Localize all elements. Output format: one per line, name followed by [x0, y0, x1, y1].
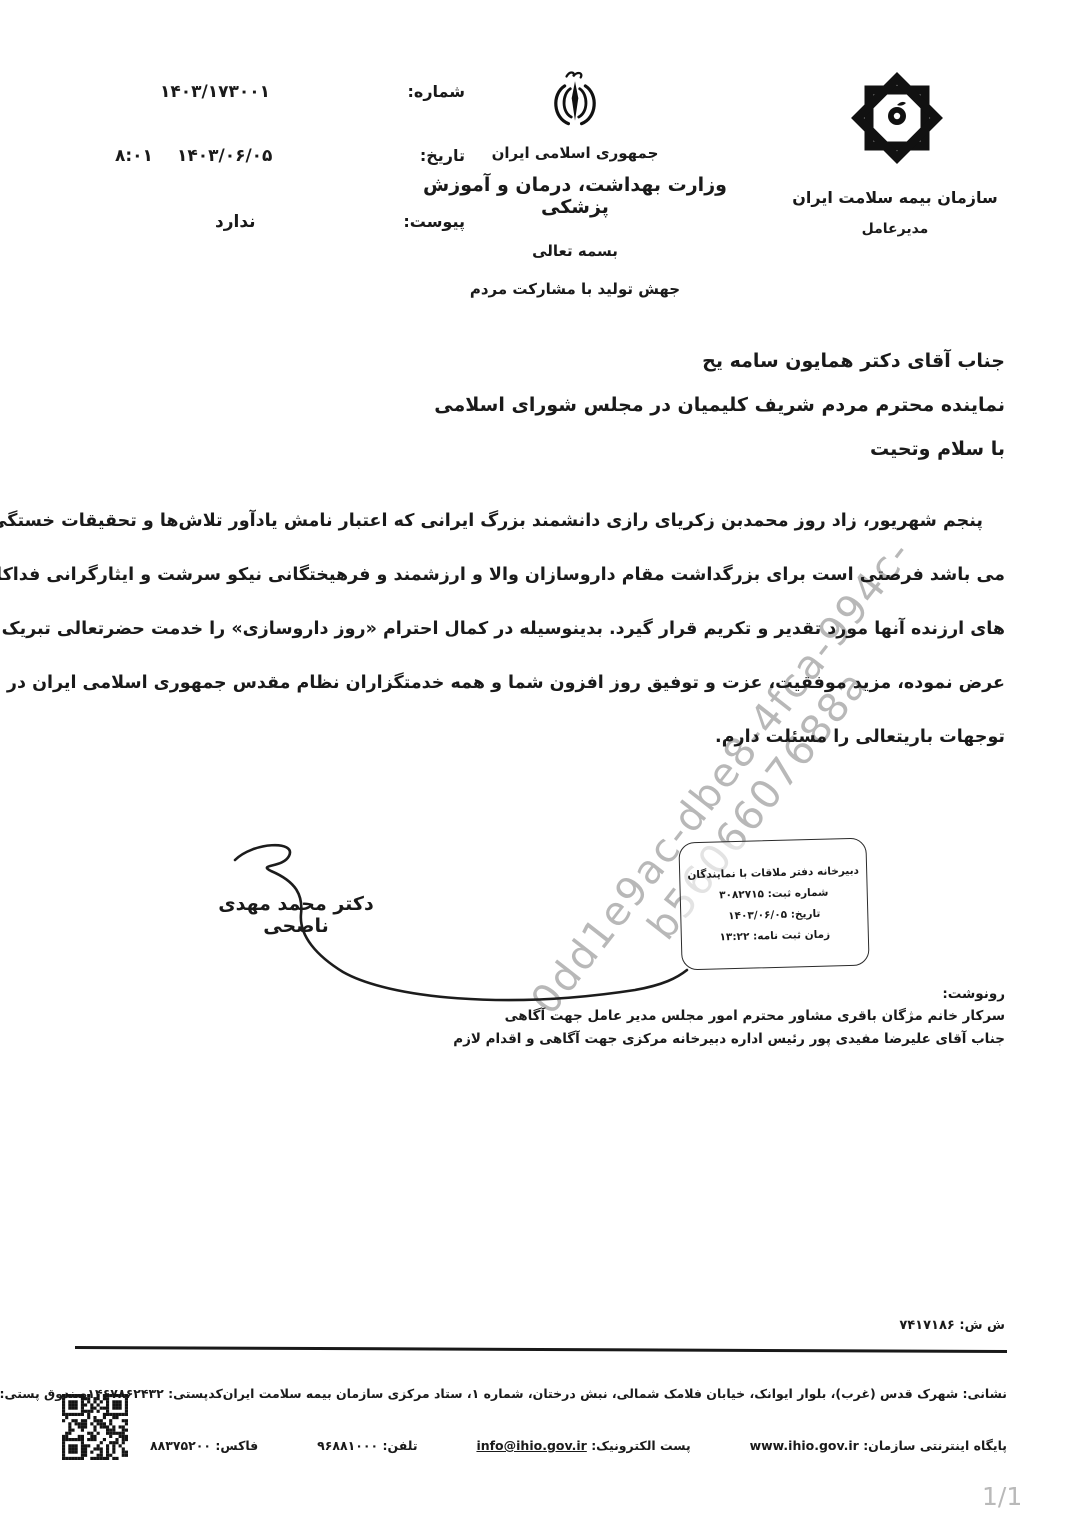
address-segment: نشانی: شهرک قدس (غرب)، بلوار ایوانک، خیا… [223, 1386, 1007, 1401]
ministry-name: وزارت بهداشت، درمان و آموزش پزشکی [400, 174, 750, 218]
phone-segment: تلفن: ۹۶۸۸۱۰۰۰ [317, 1438, 417, 1453]
ref-code-label: ش ش: [959, 1318, 1005, 1333]
date-value: ۱۴۰۳/۰۶/۰۵ [177, 146, 272, 166]
attachment-value: ندارد [215, 212, 256, 232]
page-indicator: 1/1 [982, 1482, 1022, 1511]
postal-label: کدپستی: [168, 1386, 223, 1401]
phone-value: ۹۶۸۸۱۰۰۰ [317, 1438, 378, 1453]
recipient-name: جناب آقای دکتر همایون سامه یح [78, 350, 1005, 372]
org-name: سازمان بیمه سلامت ایران [790, 188, 1000, 207]
slogan-text: جهش تولید با مشارکت مردم [400, 280, 750, 298]
footer-contact-row: پایگاه اینترنتی سازمان: www.ihio.gov.ir … [150, 1438, 1007, 1453]
email-segment: پست الکترونیک: info@ihio.gov.ir [476, 1438, 690, 1453]
body-line: پنجم شهریور، زاد روز محمدبن زکریای رازی … [78, 494, 1005, 548]
ref-code-value: ۷۴۱۷۱۸۶ [899, 1318, 955, 1333]
body-line: توجهات باریتعالی را مسئلت دارم. [78, 710, 1005, 764]
website-url: www.ihio.gov.ir [750, 1438, 859, 1453]
time-value: ۸:۰۱ [115, 146, 153, 166]
recipient-title: نماینده محترم مردم شریف کلیمیان در مجلس … [78, 394, 1005, 416]
stamp-date: تاریخ: ۱۴۰۳/۰۶/۰۵ [681, 906, 867, 923]
qr-code [62, 1394, 128, 1460]
website-segment: پایگاه اینترنتی سازمان: www.ihio.gov.ir [750, 1438, 1007, 1453]
address-label: نشانی: [963, 1386, 1007, 1401]
number-value: ۱۴۰۳/۱۷۳۰۰۱ [160, 82, 270, 102]
country-name: جمهوری اسلامی ایران [400, 144, 750, 162]
salutation: با سلام وتحیت [78, 438, 1005, 460]
email-address: info@ihio.gov.ir [476, 1438, 586, 1453]
scanned-letter-page: { "header": { "meta": { "number_label": … [0, 0, 1079, 1521]
besmele-text: بسمه تعالی [400, 242, 750, 260]
registration-stamp: دبیرخانه دفتر ملاقات با نمایندگان شماره … [678, 838, 869, 971]
header-org: سازمان بیمه سلامت ایران مدیرعامل [790, 64, 1000, 237]
header-center: جمهوری اسلامی ایران وزارت بهداشت، درمان … [400, 68, 750, 298]
ihio-logo-icon [843, 161, 947, 180]
stamp-office: دبیرخانه دفتر ملاقات با نمایندگان [680, 864, 866, 881]
stamp-time: زمان ثبت نامه: ۱۳:۲۲ [682, 927, 868, 944]
body-line: عرض نموده، مزید موفقیت، عزت و توفیق روز … [78, 656, 1005, 710]
footer-divider [75, 1346, 1007, 1353]
fax-value: ۸۸۳۷۵۲۰۰ [150, 1438, 211, 1453]
footer-address-row: نشانی: شهرک قدس (غرب)، بلوار ایوانک، خیا… [150, 1386, 1007, 1401]
cc-block: رونوشت: سرکار خانم مژگان باقری مشاور محت… [78, 986, 1005, 1054]
cc-title: رونوشت: [78, 986, 1005, 1002]
website-label: پایگاه اینترنتی سازمان: [863, 1438, 1007, 1453]
letter-body: پنجم شهریور، زاد روز محمدبن زکریای رازی … [78, 494, 1005, 764]
fax-label: فاکس: [215, 1438, 258, 1453]
address-value: شهرک قدس (غرب)، بلوار ایوانک، خیابان فلا… [223, 1386, 958, 1401]
cc-item: جناب آقای علیرضا مفیدی پور رئیس اداره دب… [78, 1031, 1005, 1047]
fax-segment: فاکس: ۸۸۳۷۵۲۰۰ [150, 1438, 258, 1453]
body-line: های ارزنده آنها مورد تقدیر و تکریم قرار … [78, 602, 1005, 656]
body-line: می باشد فرصتی است برای بزرگداشت مقام دار… [78, 548, 1005, 602]
stamp-reg-number: شماره ثبت: ۳۰۸۲۷۱۵ [681, 885, 867, 902]
recipient-block: جناب آقای دکتر همایون سامه یح نماینده مح… [78, 350, 1005, 482]
ref-code: ش ش: ۷۴۱۷۱۸۶ [78, 1318, 1005, 1333]
phone-label: تلفن: [383, 1438, 418, 1453]
email-label: پست الکترونیک: [591, 1438, 691, 1453]
iran-emblem-icon [546, 119, 604, 138]
org-role: مدیرعامل [790, 221, 1000, 237]
cc-item: سرکار خانم مژگان باقری مشاور محترم امور … [78, 1008, 1005, 1024]
